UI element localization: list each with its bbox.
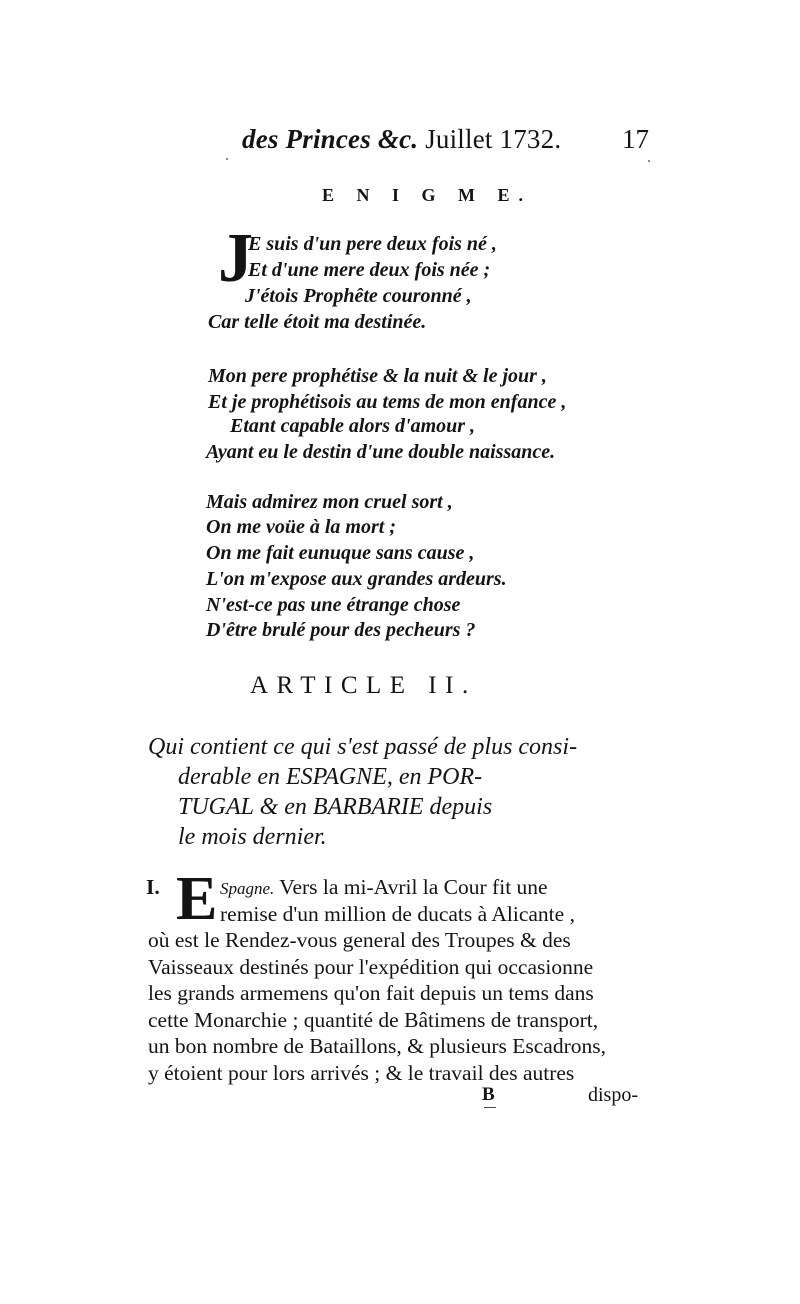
body-line: où est le Rendez-vous general des Troupe…	[148, 927, 571, 954]
signature-mark: B	[482, 1084, 495, 1106]
body-line: Vaisseaux destinés pour l'expédition qui…	[148, 954, 593, 981]
poem-line: On me fait eunuque sans cause ,	[206, 541, 474, 567]
article-summary-line: Qui contient ce qui s'est passé de plus …	[148, 732, 577, 762]
running-title: des Princes &c. Juillet 1732.	[242, 124, 561, 155]
poem-line: Etant capable alors d'amour ,	[230, 414, 475, 440]
body-line: cette Monarchie ; quantité de Bâtimens d…	[148, 1007, 598, 1034]
poem-line: Mon pere prophétise & la nuit & le jour …	[208, 364, 547, 390]
enigme-title: E N I G M E.	[322, 185, 532, 206]
poem-line: N'est-ce pas une étrange chose	[206, 593, 460, 619]
section-lead: Spagne.	[220, 879, 274, 898]
body-line: Spagne. Vers la mi-Avril la Cour fit une	[220, 874, 548, 903]
poem-line: D'être brulé pour des pecheurs ?	[206, 618, 475, 644]
body-line: un bon nombre de Bataillons, & plusieurs…	[148, 1033, 606, 1060]
body-line: remise d'un million de ducats à Alicante…	[220, 901, 575, 928]
page-number: 17	[622, 124, 649, 155]
body-line-text: Vers la mi-Avril la Cour fit une	[279, 875, 547, 899]
scan-speck	[226, 158, 228, 160]
poem-line: L'on m'expose aux grandes ardeurs.	[206, 567, 507, 593]
article-summary-line: le mois dernier.	[178, 822, 327, 852]
poem-line: Ayant eu le destin d'une double naissanc…	[206, 440, 555, 466]
poem-line: Car telle étoit ma destinée.	[208, 310, 426, 336]
poem-line: Mais admirez mon cruel sort ,	[206, 490, 453, 516]
article-summary-line: derable en ESPAGNE, en POR-	[178, 762, 482, 792]
poem-line: Et je prophétisois au tems de mon enfanc…	[208, 390, 566, 416]
article-summary-line: TUGAL & en BARBARIE depuis	[178, 792, 492, 822]
body-line: y étoient pour lors arrivés ; & le trava…	[148, 1060, 574, 1087]
running-title-italic: des Princes &c.	[242, 124, 418, 154]
poem-line: Et d'une mere deux fois née ;	[248, 258, 490, 284]
poem-line: J'étois Prophête couronné ,	[245, 284, 472, 310]
article-title: ARTICLE II.	[250, 672, 477, 700]
poem-line: E suis d'un pere deux fois né ,	[248, 232, 497, 258]
catchword: dispo-	[588, 1084, 638, 1107]
body-line: les grands armemens qu'on fait depuis un…	[148, 980, 594, 1007]
section-number: I.	[146, 874, 160, 901]
poem-line: On me voüe à la mort ;	[206, 515, 396, 541]
scan-speck	[648, 160, 650, 162]
drop-cap-e: E	[176, 868, 217, 930]
signature-underline	[484, 1107, 496, 1108]
running-title-date: Juillet 1732.	[425, 124, 561, 154]
